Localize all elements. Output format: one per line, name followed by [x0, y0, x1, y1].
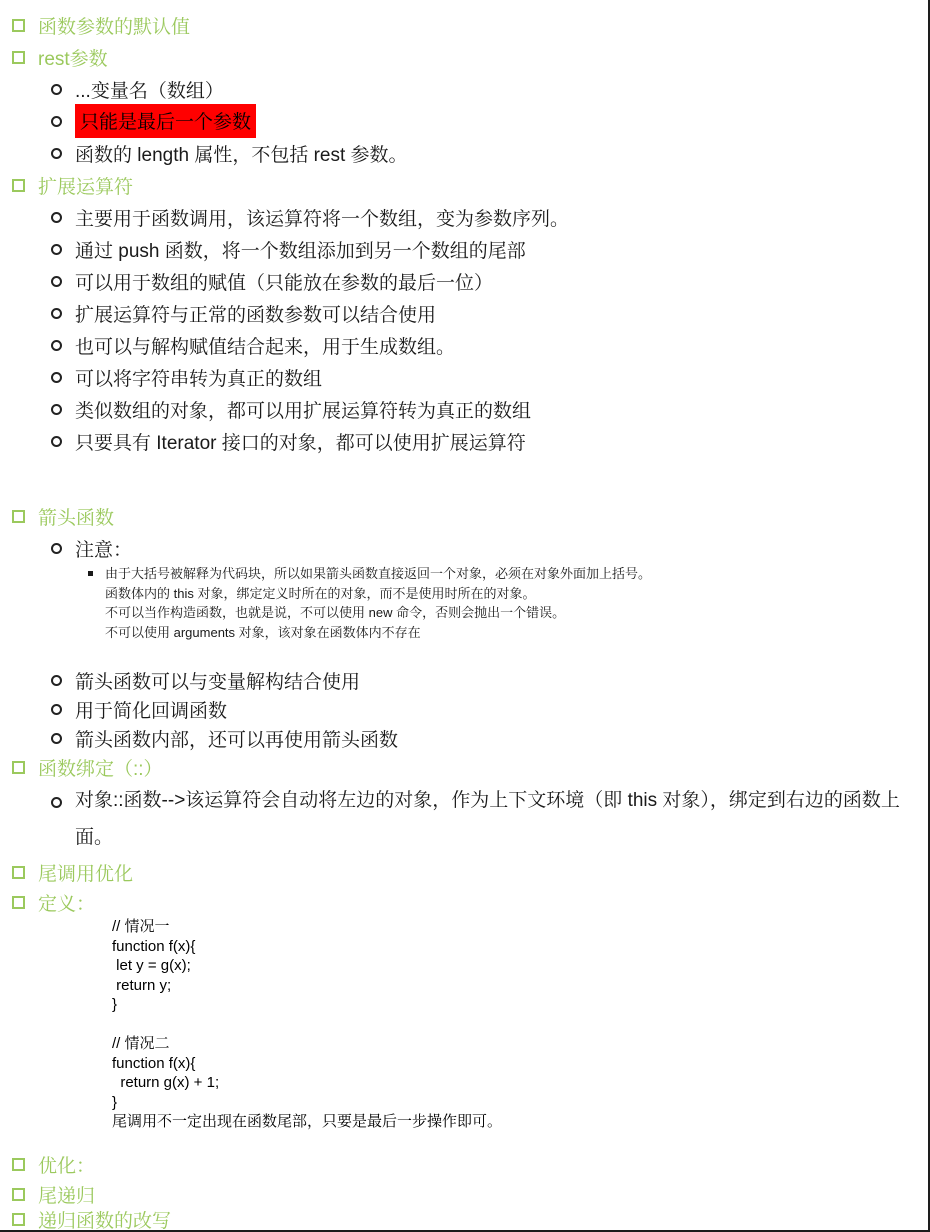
- heading-recursion-rewrite: 递归函数的改写: [0, 1208, 928, 1232]
- square-bullet-icon: [12, 1158, 25, 1171]
- list-item-arrow-1: 用于简化回调函数: [0, 695, 928, 724]
- square-bullet-icon: [12, 510, 25, 523]
- item-text[interactable]: 对象::函数-->该运算符会自动将左边的对象，作为上下文环境（即 this 对象…: [75, 782, 916, 856]
- square-bullet-icon: [12, 51, 25, 64]
- heading-tail-call: 尾调用优化: [0, 856, 928, 888]
- item-text[interactable]: 可以将字符串转为真正的数组: [75, 364, 322, 391]
- list-item-spread-6: 类似数组的对象，都可以用扩展运算符转为真正的数组: [0, 393, 928, 425]
- square-bullet-icon: [12, 1188, 25, 1201]
- circle-bullet-icon: [51, 372, 62, 383]
- list-item-spread-1: 通过 push 函数，将一个数组添加到另一个数组的尾部: [0, 233, 928, 265]
- square-bullet-icon: [12, 896, 25, 909]
- code-line[interactable]: return y;: [112, 976, 928, 996]
- list-item-spread-5: 可以将字符串转为真正的数组: [0, 361, 928, 393]
- heading-definition: 定义：: [0, 888, 928, 917]
- item-text[interactable]: 可以用于数组的赋值（只能放在参数的最后一位）: [75, 268, 493, 295]
- code-line[interactable]: }: [112, 995, 928, 1015]
- circle-bullet-icon: [51, 340, 62, 351]
- code-line[interactable]: // 情况二: [112, 1034, 928, 1054]
- heading-text[interactable]: rest参数: [38, 44, 108, 71]
- list-item-rest-varname: ...变量名（数组）: [0, 73, 928, 105]
- list-item-spread-2: 可以用于数组的赋值（只能放在参数的最后一位）: [0, 265, 928, 297]
- square-bullet-icon: [12, 179, 25, 192]
- circle-bullet-icon: [51, 797, 62, 808]
- circle-bullet-icon: [51, 733, 62, 744]
- heading-optimize: 优化：: [0, 1149, 928, 1181]
- note-line[interactable]: 函数体内的 this 对象，绑定定义时所在的对象，而不是使用时所在的对象。: [88, 584, 928, 604]
- square-bullet-icon: [12, 866, 25, 879]
- note-text[interactable]: 由于大括号被解释为代码块，所以如果箭头函数直接返回一个对象，必须在对象外面加上括…: [105, 564, 651, 584]
- heading-text[interactable]: 递归函数的改写: [38, 1206, 171, 1232]
- note-line[interactable]: 不可以使用 arguments 对象，该对象在函数体内不存在: [88, 623, 928, 643]
- circle-bullet-icon: [51, 148, 62, 159]
- heading-text[interactable]: 尾递归: [38, 1181, 95, 1208]
- item-text[interactable]: 也可以与解构赋值结合起来，用于生成数组。: [75, 332, 455, 359]
- code-line[interactable]: let y = g(x);: [112, 956, 928, 976]
- circle-bullet-icon: [51, 704, 62, 715]
- heading-rest-params: rest参数: [0, 41, 928, 73]
- code-line[interactable]: function f(x){: [112, 937, 928, 957]
- circle-bullet-icon: [51, 116, 62, 127]
- list-item-binding-desc: 对象::函数-->该运算符会自动将左边的对象，作为上下文环境（即 this 对象…: [0, 782, 928, 856]
- circle-bullet-icon: [51, 436, 62, 447]
- circle-bullet-icon: [51, 308, 62, 319]
- code-line[interactable]: 尾调用不一定出现在函数尾部，只要是最后一步操作即可。: [112, 1112, 928, 1132]
- list-item-spread-0: 主要用于函数调用，该运算符将一个数组，变为参数序列。: [0, 201, 928, 233]
- list-item-arrow-0: 箭头函数可以与变量解构结合使用: [0, 666, 928, 695]
- item-text[interactable]: 类似数组的对象，都可以用扩展运算符转为真正的数组: [75, 396, 531, 423]
- list-item-arrow-note-label: 注意：: [0, 532, 928, 564]
- note-line: 由于大括号被解释为代码块，所以如果箭头函数直接返回一个对象，必须在对象外面加上括…: [88, 564, 928, 584]
- item-text[interactable]: ...变量名（数组）: [75, 76, 224, 103]
- heading-text[interactable]: 函数参数的默认值: [38, 12, 190, 39]
- heading-arrow-functions: 箭头函数: [0, 500, 928, 532]
- list-item-arrow-2: 箭头函数内部，还可以再使用箭头函数: [0, 724, 928, 753]
- circle-bullet-icon: [51, 675, 62, 686]
- heading-text[interactable]: 定义：: [38, 889, 95, 916]
- item-text[interactable]: 箭头函数内部，还可以再使用箭头函数: [75, 725, 398, 752]
- circle-bullet-icon: [51, 404, 62, 415]
- square-bullet-icon: [12, 761, 25, 774]
- code-line[interactable]: function f(x){: [112, 1054, 928, 1074]
- list-item-spread-7: 只要具有 Iterator 接口的对象，都可以使用扩展运算符: [0, 425, 928, 457]
- list-item-rest-last-param: 只能是最后一个参数: [0, 105, 928, 137]
- heading-text[interactable]: 尾调用优化: [38, 859, 133, 886]
- heading-spread-operator: 扩展运算符: [0, 169, 928, 201]
- square-bullet-icon: [12, 19, 25, 32]
- item-text[interactable]: 注意：: [75, 535, 132, 562]
- circle-bullet-icon: [51, 212, 62, 223]
- code-block: // 情况一 function f(x){ let y = g(x); retu…: [0, 917, 928, 1132]
- item-text[interactable]: 通过 push 函数，将一个数组添加到另一个数组的尾部: [75, 236, 526, 263]
- circle-bullet-icon: [51, 244, 62, 255]
- code-line: [112, 1015, 928, 1035]
- highlighted-text[interactable]: 只能是最后一个参数: [75, 104, 256, 138]
- heading-function-binding: 函数绑定（::）: [0, 753, 928, 782]
- item-text[interactable]: 箭头函数可以与变量解构结合使用: [75, 667, 360, 694]
- item-text[interactable]: 用于简化回调函数: [75, 696, 227, 723]
- circle-bullet-icon: [51, 84, 62, 95]
- list-item-spread-3: 扩展运算符与正常的函数参数可以结合使用: [0, 297, 928, 329]
- note-line[interactable]: 不可以当作构造函数，也就是说，不可以使用 new 命令，否则会抛出一个错误。: [88, 603, 928, 623]
- item-text[interactable]: 主要用于函数调用，该运算符将一个数组，变为参数序列。: [75, 204, 569, 231]
- code-line[interactable]: // 情况一: [112, 917, 928, 937]
- square-bullet-icon: [12, 1213, 25, 1226]
- item-text[interactable]: 只要具有 Iterator 接口的对象，都可以使用扩展运算符: [75, 428, 526, 455]
- notes-page: 函数参数的默认值 rest参数 ...变量名（数组） 只能是最后一个参数 函数的…: [0, 0, 930, 1232]
- heading-text[interactable]: 箭头函数: [38, 503, 114, 530]
- code-line[interactable]: return g(x) + 1;: [112, 1073, 928, 1093]
- heading-default-params: 函数参数的默认值: [0, 9, 928, 41]
- code-line[interactable]: }: [112, 1093, 928, 1113]
- item-text[interactable]: 函数的 length 属性，不包括 rest 参数。: [75, 140, 408, 167]
- dot-bullet-icon: [88, 571, 93, 576]
- heading-text[interactable]: 函数绑定（::）: [38, 754, 163, 781]
- heading-tail-recursion: 尾递归: [0, 1181, 928, 1208]
- arrow-note-block: 由于大括号被解释为代码块，所以如果箭头函数直接返回一个对象，必须在对象外面加上括…: [0, 564, 928, 642]
- heading-text[interactable]: 扩展运算符: [38, 172, 133, 199]
- list-item-spread-4: 也可以与解构赋值结合起来，用于生成数组。: [0, 329, 928, 361]
- item-text[interactable]: 扩展运算符与正常的函数参数可以结合使用: [75, 300, 436, 327]
- heading-text[interactable]: 优化：: [38, 1151, 95, 1178]
- circle-bullet-icon: [51, 543, 62, 554]
- circle-bullet-icon: [51, 276, 62, 287]
- list-item-rest-length: 函数的 length 属性，不包括 rest 参数。: [0, 137, 928, 169]
